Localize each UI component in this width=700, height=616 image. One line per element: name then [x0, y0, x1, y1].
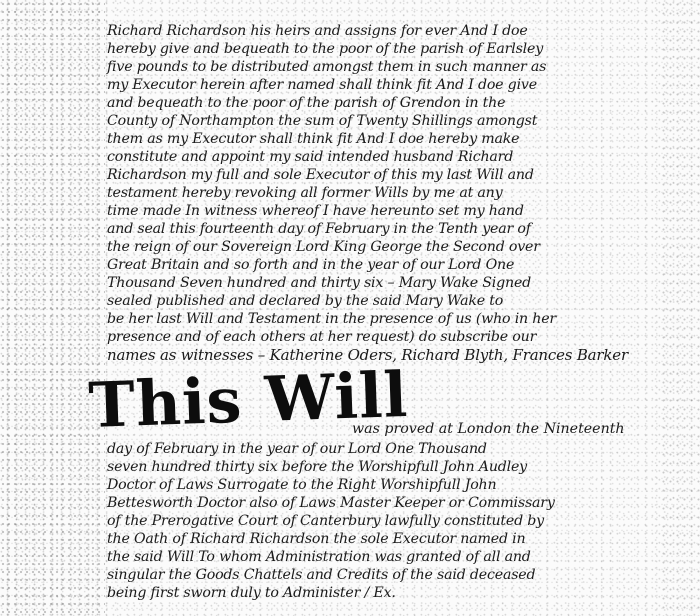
body-line: hereby give and bequeath to the poor of … — [107, 40, 543, 58]
probate-first-line: was proved at London the Nineteenth — [352, 420, 625, 438]
body-line: testament hereby revoking all former Wil… — [107, 184, 502, 202]
probate-line: the said Will To whom Administration was… — [107, 548, 531, 566]
probate-line: singular the Goods Chattels and Credits … — [107, 566, 535, 584]
manuscript-page: Richard Richardson his heirs and assigns… — [0, 0, 700, 616]
body-line: and seal this fourteenth day of February… — [107, 220, 531, 238]
body-line: and bequeath to the poor of the parish o… — [107, 94, 505, 112]
body-line: sealed published and declared by the sai… — [107, 292, 503, 310]
probate-line: Doctor of Laws Surrogate to the Right Wo… — [107, 476, 496, 494]
body-line: Richard Richardson his heirs and assigns… — [107, 22, 528, 40]
body-line: constitute and appoint my said intended … — [107, 148, 513, 166]
body-line: five pounds to be distributed amongst th… — [107, 58, 546, 76]
body-line: Great Britain and so forth and in the ye… — [107, 256, 514, 274]
probate-line: being first sworn duly to Administer / E… — [107, 584, 396, 602]
probate-line: seven hundred thirty six before the Wors… — [107, 458, 527, 476]
body-line: my Executor herein after named shall thi… — [107, 76, 537, 94]
body-line: County of Northampton the sum of Twenty … — [107, 112, 537, 130]
probate-line: of the Prerogative Court of Canterbury l… — [107, 512, 544, 530]
body-line: Richardson my full and sole Executor of … — [107, 166, 534, 184]
margin-noise-left — [0, 0, 105, 616]
probate-line: the Oath of Richard Richardson the sole … — [107, 530, 525, 548]
body-line: Thousand Seven hundred and thirty six – … — [107, 274, 531, 292]
body-line: the reign of our Sovereign Lord King Geo… — [107, 238, 540, 256]
body-line: time made In witness whereof I have here… — [107, 202, 524, 220]
body-line: presence and of each others at her reque… — [107, 328, 536, 346]
margin-noise-right — [660, 0, 700, 616]
body-line: be her last Will and Testament in the pr… — [107, 310, 556, 328]
probate-line: Bettesworth Doctor also of Laws Master K… — [107, 494, 555, 512]
body-line: them as my Executor shall think fit And … — [107, 130, 519, 148]
probate-line: day of February in the year of our Lord … — [107, 440, 487, 458]
